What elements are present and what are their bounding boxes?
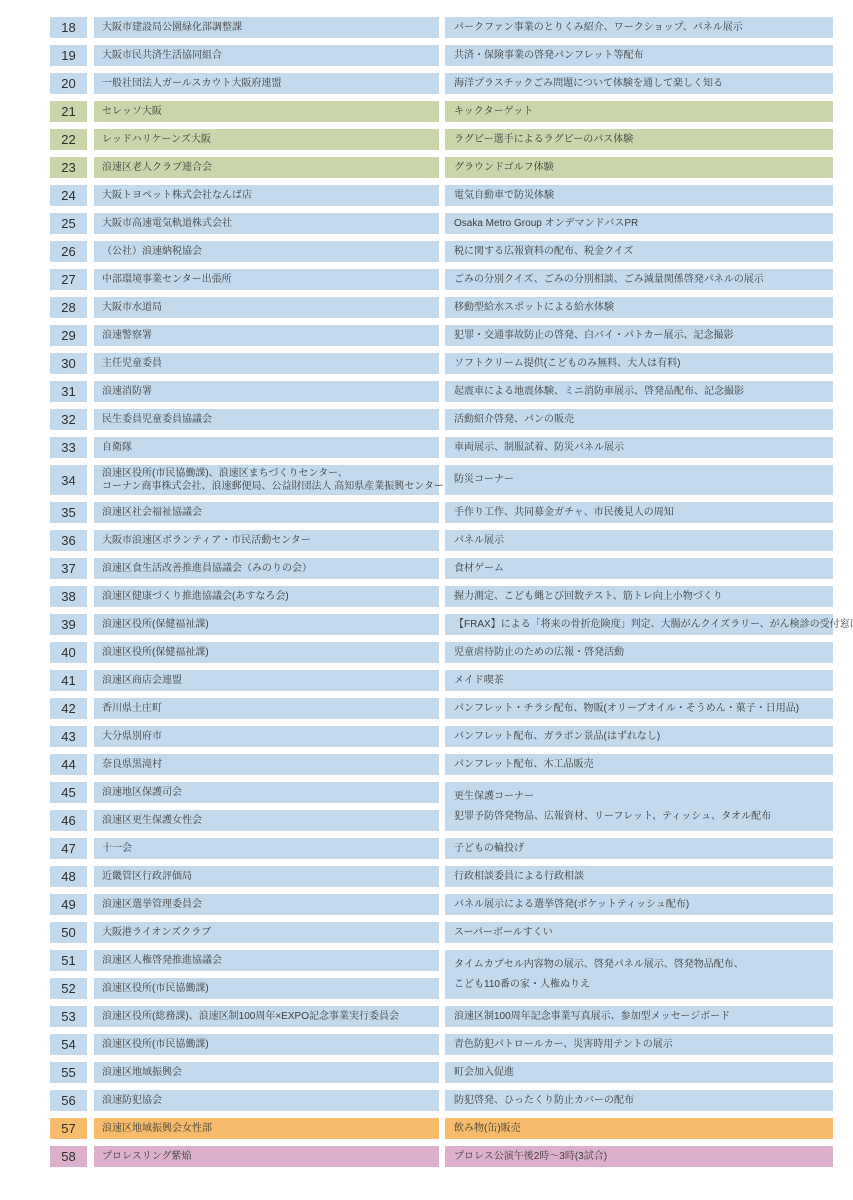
organization-line: 一般社団法人ガールスカウト大阪府連盟 [102, 77, 436, 90]
row-number-cell: 42 [50, 698, 87, 719]
organization-line: 浪速警察署 [102, 329, 436, 342]
row-number-cell: 19 [50, 45, 87, 66]
organization-line: 大分県別府市 [102, 730, 436, 743]
row-left-cells: 42香川県土庄町 [50, 698, 439, 719]
table-row-group: 39浪速区役所(保健福祉課)【FRAX】による「将来の骨折危険度」判定、大腸がん… [50, 614, 833, 635]
activity-line: 電気自動車で防災体験 [454, 189, 831, 203]
table-row-group: 18大阪市建設局公園緑化部調整課パークファン事業のとりくみ紹介、ワークショップ、… [50, 17, 833, 38]
table-row: 51浪速区人権啓発推進協議会 [50, 950, 439, 971]
organization-line: 大阪市浪速区ボランティア・市民活動センター [102, 534, 436, 547]
table-row: 29浪速警察署 [50, 325, 439, 346]
activity-line: ごみの分別クイズ、ごみの分別相談、ごみ減量関係啓発パネルの展示 [454, 273, 831, 287]
activity-cell: Osaka Metro Group オンデマンドバスPR [445, 213, 833, 234]
table-row: 42香川県土庄町 [50, 698, 439, 719]
table-row-group: 44奈良県黒滝村パンフレット配布、木工品販売 [50, 754, 833, 775]
table-row-group: 43大分県別府市パンフレット配布、ガラポン景品(はずれなし) [50, 726, 833, 747]
organization-cell: 浪速区役所(市民協働課)、浪速区まちづくりセンター、コーナン商事株式会社、浪速郵… [94, 465, 439, 495]
table-row: 36大阪市浪速区ボランティア・市民活動センター [50, 530, 439, 551]
row-left-cells: 45浪速地区保護司会46浪速区更生保護女性会 [50, 782, 439, 831]
table-row-group: 34浪速区役所(市民協働課)、浪速区まちづくりセンター、コーナン商事株式会社、浪… [50, 465, 833, 495]
table-row-group: 53浪速区役所(総務課)、浪速区制100周年×EXPO記念事業実行委員会浪速区制… [50, 1006, 833, 1027]
table-row: 27中部環境事業センター出張所 [50, 269, 439, 290]
activity-cell: 活動紹介啓発、パンの販売 [445, 409, 833, 430]
activity-line: 犯罪・交通事故防止の啓発、白バイ・パトカー展示、記念撮影 [454, 329, 831, 343]
row-left-cells: 30主任児童委員 [50, 353, 439, 374]
table-row: 50大阪港ライオンズクラブ [50, 922, 439, 943]
row-number-cell: 20 [50, 73, 87, 94]
table-row: 45浪速地区保護司会 [50, 782, 439, 803]
organization-cell: プロレスリング紫焔 [94, 1146, 439, 1167]
row-left-cells: 47十一会 [50, 838, 439, 859]
row-left-cells: 51浪速区人権啓発推進協議会52浪速区役所(市民協働課) [50, 950, 439, 999]
row-number-cell: 37 [50, 558, 87, 579]
activity-line: メイド喫茶 [454, 674, 831, 688]
table-row: 43大分県別府市 [50, 726, 439, 747]
organization-line: 自衛隊 [102, 441, 436, 454]
activity-cell: ソフトクリーム提供(こどものみ無料、大人は有料) [445, 353, 833, 374]
organization-cell: 浪速区地域振興会 [94, 1062, 439, 1083]
activity-line: パネル展示 [454, 534, 831, 548]
table-row: 54浪速区役所(市民協働課) [50, 1034, 439, 1055]
table-row-group: 55浪速区地域振興会町会加入促進 [50, 1062, 833, 1083]
organization-line: 近畿管区行政評価局 [102, 870, 436, 883]
table-row: 55浪速区地域振興会 [50, 1062, 439, 1083]
table-row: 38浪速区健康づくり推進協議会(あすなろ会) [50, 586, 439, 607]
table-row-group: 27中部環境事業センター出張所ごみの分別クイズ、ごみの分別相談、ごみ減量関係啓発… [50, 269, 833, 290]
activity-line: 手作り工作、共同募金ガチャ、市民後見人の周知 [454, 506, 831, 520]
table-row: 40浪速区役所(保健福祉課) [50, 642, 439, 663]
row-left-cells: 26（公社）浪速納税協会 [50, 241, 439, 262]
activity-cell: 防災コーナー [445, 465, 833, 495]
activity-line: パンフレット配布、ガラポン景品(はずれなし) [454, 730, 831, 744]
organization-line: セレッソ大阪 [102, 105, 436, 118]
organization-line: 浪速区選挙管理委員会 [102, 898, 436, 911]
table-row-group: 24大阪トヨペット株式会社なんば店電気自動車で防災体験 [50, 185, 833, 206]
activity-line: 防犯啓発、ひったくり防止カバーの配布 [454, 1094, 831, 1108]
row-number-cell: 30 [50, 353, 87, 374]
table-row-group: 42香川県土庄町パンフレット・チラシ配布、物販(オリーブオイル・そうめん・菓子・… [50, 698, 833, 719]
row-left-cells: 50大阪港ライオンズクラブ [50, 922, 439, 943]
table-row-group: 20一般社団法人ガールスカウト大阪府連盟海洋プラスチックごみ問題について体験を通… [50, 73, 833, 94]
organization-cell: セレッソ大阪 [94, 101, 439, 122]
organization-cell: 浪速区役所(市民協働課) [94, 1034, 439, 1055]
table-row-group: 32民生委員児童委員協議会活動紹介啓発、パンの販売 [50, 409, 833, 430]
activity-cell: パンフレット配布、ガラポン景品(はずれなし) [445, 726, 833, 747]
table-row: 56浪速防犯協会 [50, 1090, 439, 1111]
organization-cell: 一般社団法人ガールスカウト大阪府連盟 [94, 73, 439, 94]
organization-cell: 大阪市建設局公園緑化部調整課 [94, 17, 439, 38]
row-left-cells: 40浪速区役所(保健福祉課) [50, 642, 439, 663]
activity-cell: 税に関する広報資料の配布、税金クイズ [445, 241, 833, 262]
activity-line: 防災コーナー [454, 473, 831, 487]
activity-line: 青色防犯パトロールカー、災害時用テントの展示 [454, 1038, 831, 1052]
activity-line: パンフレット配布、木工品販売 [454, 758, 831, 772]
organization-line: 浪速区商店会連盟 [102, 674, 436, 687]
row-left-cells: 54浪速区役所(市民協働課) [50, 1034, 439, 1055]
table-row-group: 48近畿管区行政評価局行政相談委員による行政相談 [50, 866, 833, 887]
activity-line: 車両展示、制服試着、防災パネル展示 [454, 441, 831, 455]
table-row-group: 50大阪港ライオンズクラブスーパーボールすくい [50, 922, 833, 943]
activity-cell: 起震車による地震体験、ミニ消防車展示、啓発品配布、記念撮影 [445, 381, 833, 402]
organization-line: 浪速区人権啓発推進協議会 [102, 954, 436, 967]
organization-cell: 浪速区社会福祉協議会 [94, 502, 439, 523]
row-left-cells: 36大阪市浪速区ボランティア・市民活動センター [50, 530, 439, 551]
organization-line: 十一会 [102, 842, 436, 855]
activity-cell: 防犯啓発、ひったくり防止カバーの配布 [445, 1090, 833, 1111]
row-number-cell: 28 [50, 297, 87, 318]
organization-cell: 大阪トヨペット株式会社なんば店 [94, 185, 439, 206]
row-left-cells: 48近畿管区行政評価局 [50, 866, 439, 887]
activity-cell: パンフレット配布、木工品販売 [445, 754, 833, 775]
organization-cell: 大阪市民共済生活協同組合 [94, 45, 439, 66]
table-row-group: 29浪速警察署犯罪・交通事故防止の啓発、白バイ・パトカー展示、記念撮影 [50, 325, 833, 346]
organization-cell: 大分県別府市 [94, 726, 439, 747]
row-left-cells: 31浪速消防署 [50, 381, 439, 402]
table-row: 47十一会 [50, 838, 439, 859]
activity-cell: 電気自動車で防災体験 [445, 185, 833, 206]
row-number-cell: 41 [50, 670, 87, 691]
row-left-cells: 55浪速区地域振興会 [50, 1062, 439, 1083]
row-left-cells: 56浪速防犯協会 [50, 1090, 439, 1111]
activity-line: 飲み物(缶)販売 [454, 1122, 831, 1136]
organization-line: 浪速区老人クラブ連合会 [102, 161, 436, 174]
activity-cell: 車両展示、制服試着、防災パネル展示 [445, 437, 833, 458]
activity-line: 税に関する広報資料の配布、税金クイズ [454, 245, 831, 259]
organization-cell: 近畿管区行政評価局 [94, 866, 439, 887]
row-left-cells: 32民生委員児童委員協議会 [50, 409, 439, 430]
organization-cell: 浪速区選挙管理委員会 [94, 894, 439, 915]
table-row-group: 54浪速区役所(市民協働課)青色防犯パトロールカー、災害時用テントの展示 [50, 1034, 833, 1055]
organization-line: 大阪市水道局 [102, 301, 436, 314]
table-row: 30主任児童委員 [50, 353, 439, 374]
row-left-cells: 29浪速警察署 [50, 325, 439, 346]
table-row: 18大阪市建設局公園緑化部調整課 [50, 17, 439, 38]
row-number-cell: 53 [50, 1006, 87, 1027]
row-left-cells: 23浪速区老人クラブ連合会 [50, 157, 439, 178]
table-row-group: 57浪速区地域振興会女性部飲み物(缶)販売 [50, 1118, 833, 1139]
row-left-cells: 18大阪市建設局公園緑化部調整課 [50, 17, 439, 38]
row-number-cell: 46 [50, 810, 87, 831]
organization-line: 中部環境事業センター出張所 [102, 273, 436, 286]
table-row: 22レッドハリケーンズ大阪 [50, 129, 439, 150]
table-row-group: 33自衛隊車両展示、制服試着、防災パネル展示 [50, 437, 833, 458]
activity-cell: プロレス公演午後2時～3時(3試合) [445, 1146, 833, 1167]
activity-cell: 共済・保険事業の啓発パンフレット等配布 [445, 45, 833, 66]
activity-line: パネル展示による選挙啓発(ポケットティッシュ配布) [454, 898, 831, 912]
activity-cell: パネル展示 [445, 530, 833, 551]
organization-cell: 浪速警察署 [94, 325, 439, 346]
row-number-cell: 58 [50, 1146, 87, 1167]
table-row: 28大阪市水道局 [50, 297, 439, 318]
row-number-cell: 50 [50, 922, 87, 943]
row-left-cells: 57浪速区地域振興会女性部 [50, 1118, 439, 1139]
activity-line: 活動紹介啓発、パンの販売 [454, 413, 831, 427]
organization-cell: 浪速区役所(保健福祉課) [94, 642, 439, 663]
organization-cell: （公社）浪速納税協会 [94, 241, 439, 262]
activity-cell: ラグビー選手によるラグビーのパス体験 [445, 129, 833, 150]
row-left-cells: 19大阪市民共済生活協同組合 [50, 45, 439, 66]
activity-line: 町会加入促進 [454, 1066, 831, 1080]
table-row: 58プロレスリング紫焔 [50, 1146, 439, 1167]
organization-cell: 浪速区役所(総務課)、浪速区制100周年×EXPO記念事業実行委員会 [94, 1006, 439, 1027]
row-left-cells: 39浪速区役所(保健福祉課) [50, 614, 439, 635]
activity-line: 【FRAX】による「将来の骨折危険度」判定、大腸がんクイズラリー、がん検診の受付… [454, 618, 831, 632]
table-row-group: 25大阪市高速電気軌道株式会社Osaka Metro Group オンデマンドバ… [50, 213, 833, 234]
row-left-cells: 37浪速区食生活改善推進員協議会（みのりの会） [50, 558, 439, 579]
activity-line: 犯罪予防啓発物品、広報資材、リーフレット、ティッシュ、タオル配布 [454, 810, 831, 824]
row-number-cell: 55 [50, 1062, 87, 1083]
activity-line: ソフトクリーム提供(こどものみ無料、大人は有料) [454, 357, 831, 371]
row-left-cells: 28大阪市水道局 [50, 297, 439, 318]
organization-line: 大阪市民共済生活協同組合 [102, 49, 436, 62]
organization-cell: 大阪市水道局 [94, 297, 439, 318]
row-left-cells: 25大阪市高速電気軌道株式会社 [50, 213, 439, 234]
row-left-cells: 38浪速区健康づくり推進協議会(あすなろ会) [50, 586, 439, 607]
table-row-group: 26（公社）浪速納税協会税に関する広報資料の配布、税金クイズ [50, 241, 833, 262]
activity-line: 起震車による地震体験、ミニ消防車展示、啓発品配布、記念撮影 [454, 385, 831, 399]
activity-line: パークファン事業のとりくみ紹介、ワークショップ、パネル展示 [454, 21, 831, 35]
organization-cell: 浪速区更生保護女性会 [94, 810, 439, 831]
table-row: 23浪速区老人クラブ連合会 [50, 157, 439, 178]
organization-line: 浪速区役所(保健福祉課) [102, 646, 436, 659]
table-row-group: 38浪速区健康づくり推進協議会(あすなろ会)握力測定、こども縄とび回数テスト、筋… [50, 586, 833, 607]
activity-line: スーパーボールすくい [454, 926, 831, 940]
activity-cell: 握力測定、こども縄とび回数テスト、筋トレ向上小物づくり [445, 586, 833, 607]
table-row: 26（公社）浪速納税協会 [50, 241, 439, 262]
table-row-group: 41浪速区商店会連盟メイド喫茶 [50, 670, 833, 691]
activity-line: タイムカプセル内容物の展示、啓発パネル展示、啓発物品配布、 [454, 958, 831, 972]
organization-line: 香川県土庄町 [102, 702, 436, 715]
table-row: 34浪速区役所(市民協働課)、浪速区まちづくりセンター、コーナン商事株式会社、浪… [50, 465, 439, 495]
table-row: 57浪速区地域振興会女性部 [50, 1118, 439, 1139]
activity-line: こども110番の家・人権ぬりえ [454, 978, 831, 992]
table-row-group: 30主任児童委員ソフトクリーム提供(こどものみ無料、大人は有料) [50, 353, 833, 374]
row-number-cell: 57 [50, 1118, 87, 1139]
table-row: 20一般社団法人ガールスカウト大阪府連盟 [50, 73, 439, 94]
row-number-cell: 44 [50, 754, 87, 775]
row-number-cell: 34 [50, 465, 87, 495]
activity-cell: 行政相談委員による行政相談 [445, 866, 833, 887]
row-number-cell: 22 [50, 129, 87, 150]
organization-cell: 民生委員児童委員協議会 [94, 409, 439, 430]
table-row-group: 40浪速区役所(保健福祉課)児童虐待防止のための広報・啓発活動 [50, 642, 833, 663]
organization-line: 浪速区役所(市民協働課) [102, 1038, 436, 1051]
organization-cell: 奈良県黒滝村 [94, 754, 439, 775]
row-number-cell: 43 [50, 726, 87, 747]
organization-cell: 浪速地区保護司会 [94, 782, 439, 803]
table-row-group: 37浪速区食生活改善推進員協議会（みのりの会）食材ゲーム [50, 558, 833, 579]
row-number-cell: 31 [50, 381, 87, 402]
activity-cell: 食材ゲーム [445, 558, 833, 579]
row-left-cells: 41浪速区商店会連盟 [50, 670, 439, 691]
organization-cell: 浪速区商店会連盟 [94, 670, 439, 691]
activity-cell: 移動型給水スポットによる給水体験 [445, 297, 833, 318]
activity-cell: 犯罪・交通事故防止の啓発、白バイ・パトカー展示、記念撮影 [445, 325, 833, 346]
organization-line: 浪速区更生保護女性会 [102, 814, 436, 827]
table-row-group: 35浪速区社会福祉協議会手作り工作、共同募金ガチャ、市民後見人の周知 [50, 502, 833, 523]
row-left-cells: 24大阪トヨペット株式会社なんば店 [50, 185, 439, 206]
row-left-cells: 33自衛隊 [50, 437, 439, 458]
table-row-group: 36大阪市浪速区ボランティア・市民活動センターパネル展示 [50, 530, 833, 551]
activity-line: ラグビー選手によるラグビーのパス体験 [454, 133, 831, 147]
table-row: 39浪速区役所(保健福祉課) [50, 614, 439, 635]
organization-cell: レッドハリケーンズ大阪 [94, 129, 439, 150]
activity-line: 共済・保険事業の啓発パンフレット等配布 [454, 49, 831, 63]
row-left-cells: 44奈良県黒滝村 [50, 754, 439, 775]
row-left-cells: 22レッドハリケーンズ大阪 [50, 129, 439, 150]
organization-line: 浪速区役所(市民協働課)、浪速区まちづくりセンター、 [102, 467, 436, 480]
row-number-cell: 21 [50, 101, 87, 122]
table-row: 31浪速消防署 [50, 381, 439, 402]
table-row-group: 47十一会子どもの輪投げ [50, 838, 833, 859]
table-row-group: 51浪速区人権啓発推進協議会52浪速区役所(市民協働課)タイムカプセル内容物の展… [50, 950, 833, 999]
organization-cell: 浪速区老人クラブ連合会 [94, 157, 439, 178]
organization-cell: 中部環境事業センター出張所 [94, 269, 439, 290]
row-number-cell: 38 [50, 586, 87, 607]
row-left-cells: 21セレッソ大阪 [50, 101, 439, 122]
activity-line: キックターゲット [454, 105, 831, 119]
organization-line: コーナン商事株式会社、浪速郵便局、公益財団法人 高知県産業振興センター [102, 480, 436, 493]
row-number-cell: 48 [50, 866, 87, 887]
table-row: 37浪速区食生活改善推進員協議会（みのりの会） [50, 558, 439, 579]
organization-line: 浪速消防署 [102, 385, 436, 398]
activity-cell: 浪速区制100周年記念事業写真展示、参加型メッセージボード [445, 1006, 833, 1027]
activity-cell: パークファン事業のとりくみ紹介、ワークショップ、パネル展示 [445, 17, 833, 38]
activity-cell: 児童虐待防止のための広報・啓発活動 [445, 642, 833, 663]
row-number-cell: 36 [50, 530, 87, 551]
organization-line: 大阪トヨペット株式会社なんば店 [102, 189, 436, 202]
activity-cell: パネル展示による選挙啓発(ポケットティッシュ配布) [445, 894, 833, 915]
table-row: 25大阪市高速電気軌道株式会社 [50, 213, 439, 234]
table-row: 48近畿管区行政評価局 [50, 866, 439, 887]
row-number-cell: 32 [50, 409, 87, 430]
organization-line: プロレスリング紫焔 [102, 1150, 436, 1163]
activity-line: 握力測定、こども縄とび回数テスト、筋トレ向上小物づくり [454, 590, 831, 604]
row-left-cells: 35浪速区社会福祉協議会 [50, 502, 439, 523]
organization-cell: 浪速区食生活改善推進員協議会（みのりの会） [94, 558, 439, 579]
organization-cell: 浪速区健康づくり推進協議会(あすなろ会) [94, 586, 439, 607]
activity-cell: 町会加入促進 [445, 1062, 833, 1083]
table-row-group: 31浪速消防署起震車による地震体験、ミニ消防車展示、啓発品配布、記念撮影 [50, 381, 833, 402]
organization-line: 主任児童委員 [102, 357, 436, 370]
table-row-group: 21セレッソ大阪キックターゲット [50, 101, 833, 122]
organization-cell: 浪速防犯協会 [94, 1090, 439, 1111]
table-row: 24大阪トヨペット株式会社なんば店 [50, 185, 439, 206]
table-row-group: 22レッドハリケーンズ大阪ラグビー選手によるラグビーのパス体験 [50, 129, 833, 150]
activity-cell: 【FRAX】による「将来の骨折危険度」判定、大腸がんクイズラリー、がん検診の受付… [445, 614, 833, 635]
organization-cell: 主任児童委員 [94, 353, 439, 374]
organization-line: 浪速区地域振興会女性部 [102, 1122, 436, 1135]
activity-cell: 海洋プラスチックごみ問題について体験を通して楽しく知る [445, 73, 833, 94]
organization-line: （公社）浪速納税協会 [102, 245, 436, 258]
organization-line: 浪速地区保護司会 [102, 786, 436, 799]
table-row: 46浪速区更生保護女性会 [50, 810, 439, 831]
activity-line: 移動型給水スポットによる給水体験 [454, 301, 831, 315]
organization-cell: 十一会 [94, 838, 439, 859]
organization-line: 浪速防犯協会 [102, 1094, 436, 1107]
row-number-cell: 47 [50, 838, 87, 859]
activity-cell: 更生保護コーナー犯罪予防啓発物品、広報資材、リーフレット、ティッシュ、タオル配布 [445, 782, 833, 831]
organization-line: 大阪市高速電気軌道株式会社 [102, 217, 436, 230]
table-row-group: 49浪速区選挙管理委員会パネル展示による選挙啓発(ポケットティッシュ配布) [50, 894, 833, 915]
row-number-cell: 23 [50, 157, 87, 178]
table-row: 33自衛隊 [50, 437, 439, 458]
table-row: 49浪速区選挙管理委員会 [50, 894, 439, 915]
row-number-cell: 40 [50, 642, 87, 663]
row-left-cells: 43大分県別府市 [50, 726, 439, 747]
table-row: 44奈良県黒滝村 [50, 754, 439, 775]
activity-cell: キックターゲット [445, 101, 833, 122]
activity-cell: 子どもの輪投げ [445, 838, 833, 859]
organization-cell: 大阪市高速電気軌道株式会社 [94, 213, 439, 234]
organization-line: 浪速区地域振興会 [102, 1066, 436, 1079]
activity-cell: 青色防犯パトロールカー、災害時用テントの展示 [445, 1034, 833, 1055]
organization-line: 浪速区食生活改善推進員協議会（みのりの会） [102, 562, 436, 575]
organization-line: レッドハリケーンズ大阪 [102, 133, 436, 146]
activity-line: 更生保護コーナー [454, 790, 831, 804]
row-number-cell: 25 [50, 213, 87, 234]
row-number-cell: 52 [50, 978, 87, 999]
row-number-cell: 27 [50, 269, 87, 290]
activity-cell: パンフレット・チラシ配布、物販(オリーブオイル・そうめん・菓子・日用品) [445, 698, 833, 719]
table-row-group: 56浪速防犯協会防犯啓発、ひったくり防止カバーの配布 [50, 1090, 833, 1111]
row-left-cells: 34浪速区役所(市民協働課)、浪速区まちづくりセンター、コーナン商事株式会社、浪… [50, 465, 439, 495]
activity-line: 児童虐待防止のための広報・啓発活動 [454, 646, 831, 660]
table-row-group: 28大阪市水道局移動型給水スポットによる給水体験 [50, 297, 833, 318]
row-number-cell: 56 [50, 1090, 87, 1111]
activity-line: プロレス公演午後2時～3時(3試合) [454, 1150, 831, 1164]
organization-line: 奈良県黒滝村 [102, 758, 436, 771]
booth-table: 18大阪市建設局公園緑化部調整課パークファン事業のとりくみ紹介、ワークショップ、… [50, 17, 833, 1167]
row-number-cell: 29 [50, 325, 87, 346]
activity-cell: ごみの分別クイズ、ごみの分別相談、ごみ減量関係啓発パネルの展示 [445, 269, 833, 290]
activity-cell: グラウンドゴルフ体験 [445, 157, 833, 178]
organization-cell: 自衛隊 [94, 437, 439, 458]
table-row: 32民生委員児童委員協議会 [50, 409, 439, 430]
organization-cell: 浪速区地域振興会女性部 [94, 1118, 439, 1139]
organization-line: 大阪港ライオンズクラブ [102, 926, 436, 939]
organization-cell: 香川県土庄町 [94, 698, 439, 719]
table-row-group: 45浪速地区保護司会46浪速区更生保護女性会更生保護コーナー犯罪予防啓発物品、広… [50, 782, 833, 831]
organization-cell: 浪速区役所(保健福祉課) [94, 614, 439, 635]
activity-line: 浪速区制100周年記念事業写真展示、参加型メッセージボード [454, 1010, 831, 1024]
row-number-cell: 45 [50, 782, 87, 803]
organization-line: 浪速区役所(保健福祉課) [102, 618, 436, 631]
organization-line: 浪速区健康づくり推進協議会(あすなろ会) [102, 590, 436, 603]
row-number-cell: 24 [50, 185, 87, 206]
row-left-cells: 20一般社団法人ガールスカウト大阪府連盟 [50, 73, 439, 94]
row-number-cell: 26 [50, 241, 87, 262]
table-row-group: 19大阪市民共済生活協同組合共済・保険事業の啓発パンフレット等配布 [50, 45, 833, 66]
table-row: 52浪速区役所(市民協働課) [50, 978, 439, 999]
activity-line: Osaka Metro Group オンデマンドバスPR [454, 217, 831, 231]
row-number-cell: 54 [50, 1034, 87, 1055]
activity-cell: メイド喫茶 [445, 670, 833, 691]
organization-line: 大阪市建設局公園緑化部調整課 [102, 21, 436, 34]
row-number-cell: 39 [50, 614, 87, 635]
activity-line: パンフレット・チラシ配布、物販(オリーブオイル・そうめん・菓子・日用品) [454, 702, 831, 716]
row-left-cells: 27中部環境事業センター出張所 [50, 269, 439, 290]
organization-line: 浪速区社会福祉協議会 [102, 506, 436, 519]
organization-cell: 大阪市浪速区ボランティア・市民活動センター [94, 530, 439, 551]
organization-cell: 浪速消防署 [94, 381, 439, 402]
activity-line: 行政相談委員による行政相談 [454, 870, 831, 884]
row-number-cell: 35 [50, 502, 87, 523]
row-left-cells: 58プロレスリング紫焔 [50, 1146, 439, 1167]
activity-cell: 手作り工作、共同募金ガチャ、市民後見人の周知 [445, 502, 833, 523]
organization-cell: 大阪港ライオンズクラブ [94, 922, 439, 943]
activity-cell: 飲み物(缶)販売 [445, 1118, 833, 1139]
